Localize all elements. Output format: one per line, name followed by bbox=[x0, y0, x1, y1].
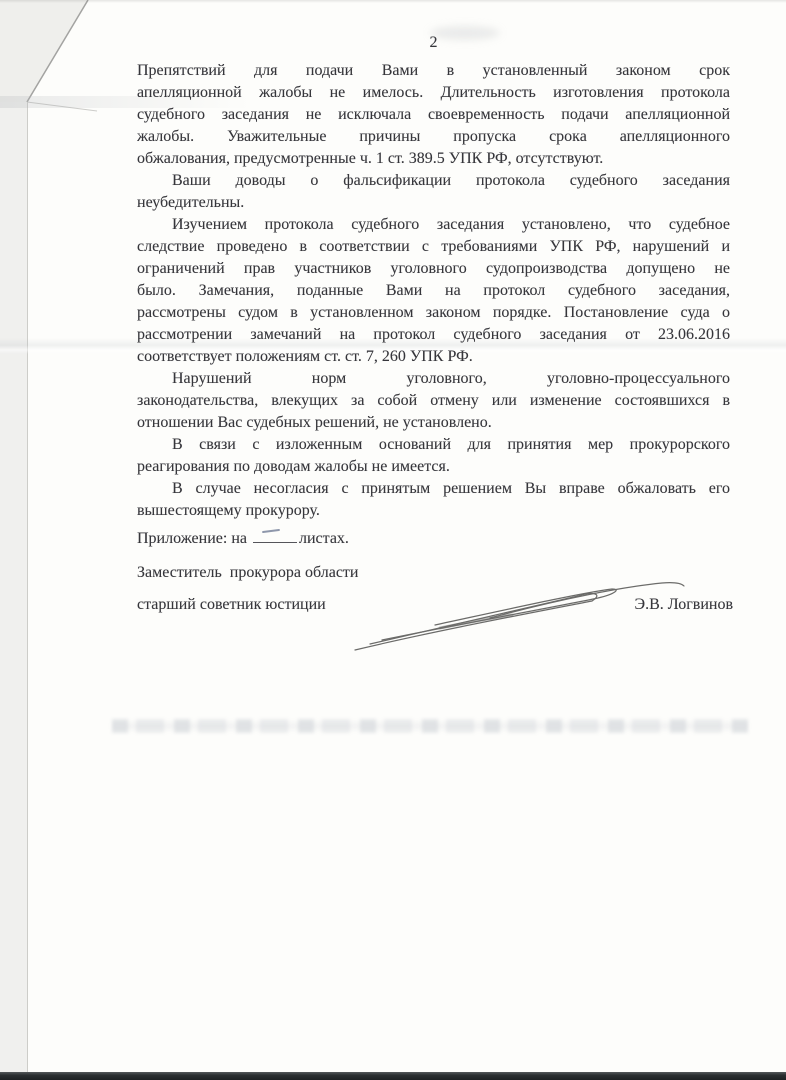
page-number: 2 bbox=[137, 32, 730, 54]
document-line: неубедительны. bbox=[137, 192, 730, 214]
paragraph: Нарушений норм уголовного, уголовно-проц… bbox=[137, 368, 730, 434]
document-line: Препятствий для подачи Вами в установлен… bbox=[137, 60, 730, 82]
document-body: Препятствий для подачи Вами в установлен… bbox=[137, 60, 730, 522]
document-line: отношении Вас судебных решений, не устан… bbox=[137, 412, 730, 434]
document-line: следствие проведено в соответствии с тре… bbox=[137, 236, 730, 258]
signoff-row: старший советник юстиции Э.В. Логвинов bbox=[137, 594, 733, 616]
document-line: было. Замечания, поданные Вами на проток… bbox=[137, 280, 730, 302]
reverse-side-bleed-through bbox=[112, 719, 748, 733]
signoff-title-2: старший советник юстиции bbox=[137, 594, 326, 616]
document-line: реагирования по доводам жалобы не имеетс… bbox=[137, 456, 730, 478]
document-line: апелляционной жалобы не имелось. Длитель… bbox=[137, 82, 730, 104]
document-line: жалобы. Уважительные причины пропуска ср… bbox=[137, 126, 730, 148]
attachment-line: Приложение: налистах. bbox=[137, 528, 730, 550]
document-line: законодательства, влекущих за собой отме… bbox=[137, 390, 730, 412]
attachment-label-before: Приложение: на bbox=[137, 530, 247, 547]
document-line: соответствует положениям ст. ст. 7, 260 … bbox=[137, 346, 730, 368]
document-line: ограничений прав участников уголовного с… bbox=[137, 258, 730, 280]
document-line: Ваши доводы о фальсификации протокола су… bbox=[137, 170, 730, 192]
document-line: судебного заседания не исключала своевре… bbox=[137, 104, 730, 126]
paragraph: Препятствий для подачи Вами в установлен… bbox=[137, 60, 730, 170]
paragraph: В связи с изложенным оснований для приня… bbox=[137, 434, 730, 478]
paragraph: Изучением протокола судебного заседания … bbox=[137, 214, 730, 368]
attachment-blank-underline bbox=[253, 528, 297, 543]
signer-name: Э.В. Логвинов bbox=[635, 594, 733, 616]
document-line: вышестоящему прокурору. bbox=[137, 500, 730, 522]
document-line: рассмотрении замечаний на протокол судеб… bbox=[137, 324, 730, 346]
document-line: обжалования, предусмотренные ч. 1 ст. 38… bbox=[137, 148, 730, 170]
handwritten-dash bbox=[262, 529, 280, 533]
scanner-background-strip bbox=[0, 0, 28, 1073]
scan-top-shadow bbox=[0, 0, 786, 3]
paragraph: В случае несогласия с принятым решением … bbox=[137, 478, 730, 522]
document-line: Нарушений норм уголовного, уголовно-проц… bbox=[137, 368, 730, 390]
page-corner-fold bbox=[0, 0, 90, 103]
signoff-title-1: Заместитель прокурора области bbox=[137, 562, 730, 584]
document-line: В связи с изложенным оснований для приня… bbox=[137, 434, 730, 456]
scan-bottom-edge bbox=[0, 1072, 786, 1080]
document-line: рассмотрены судом в установленном законо… bbox=[137, 302, 730, 324]
document-line: В случае несогласия с принятым решением … bbox=[137, 478, 730, 500]
attachment-label-after: листах. bbox=[299, 530, 349, 547]
paragraph: Ваши доводы о фальсификации протокола су… bbox=[137, 170, 730, 214]
document-line: Изучением протокола судебного заседания … bbox=[137, 214, 730, 236]
